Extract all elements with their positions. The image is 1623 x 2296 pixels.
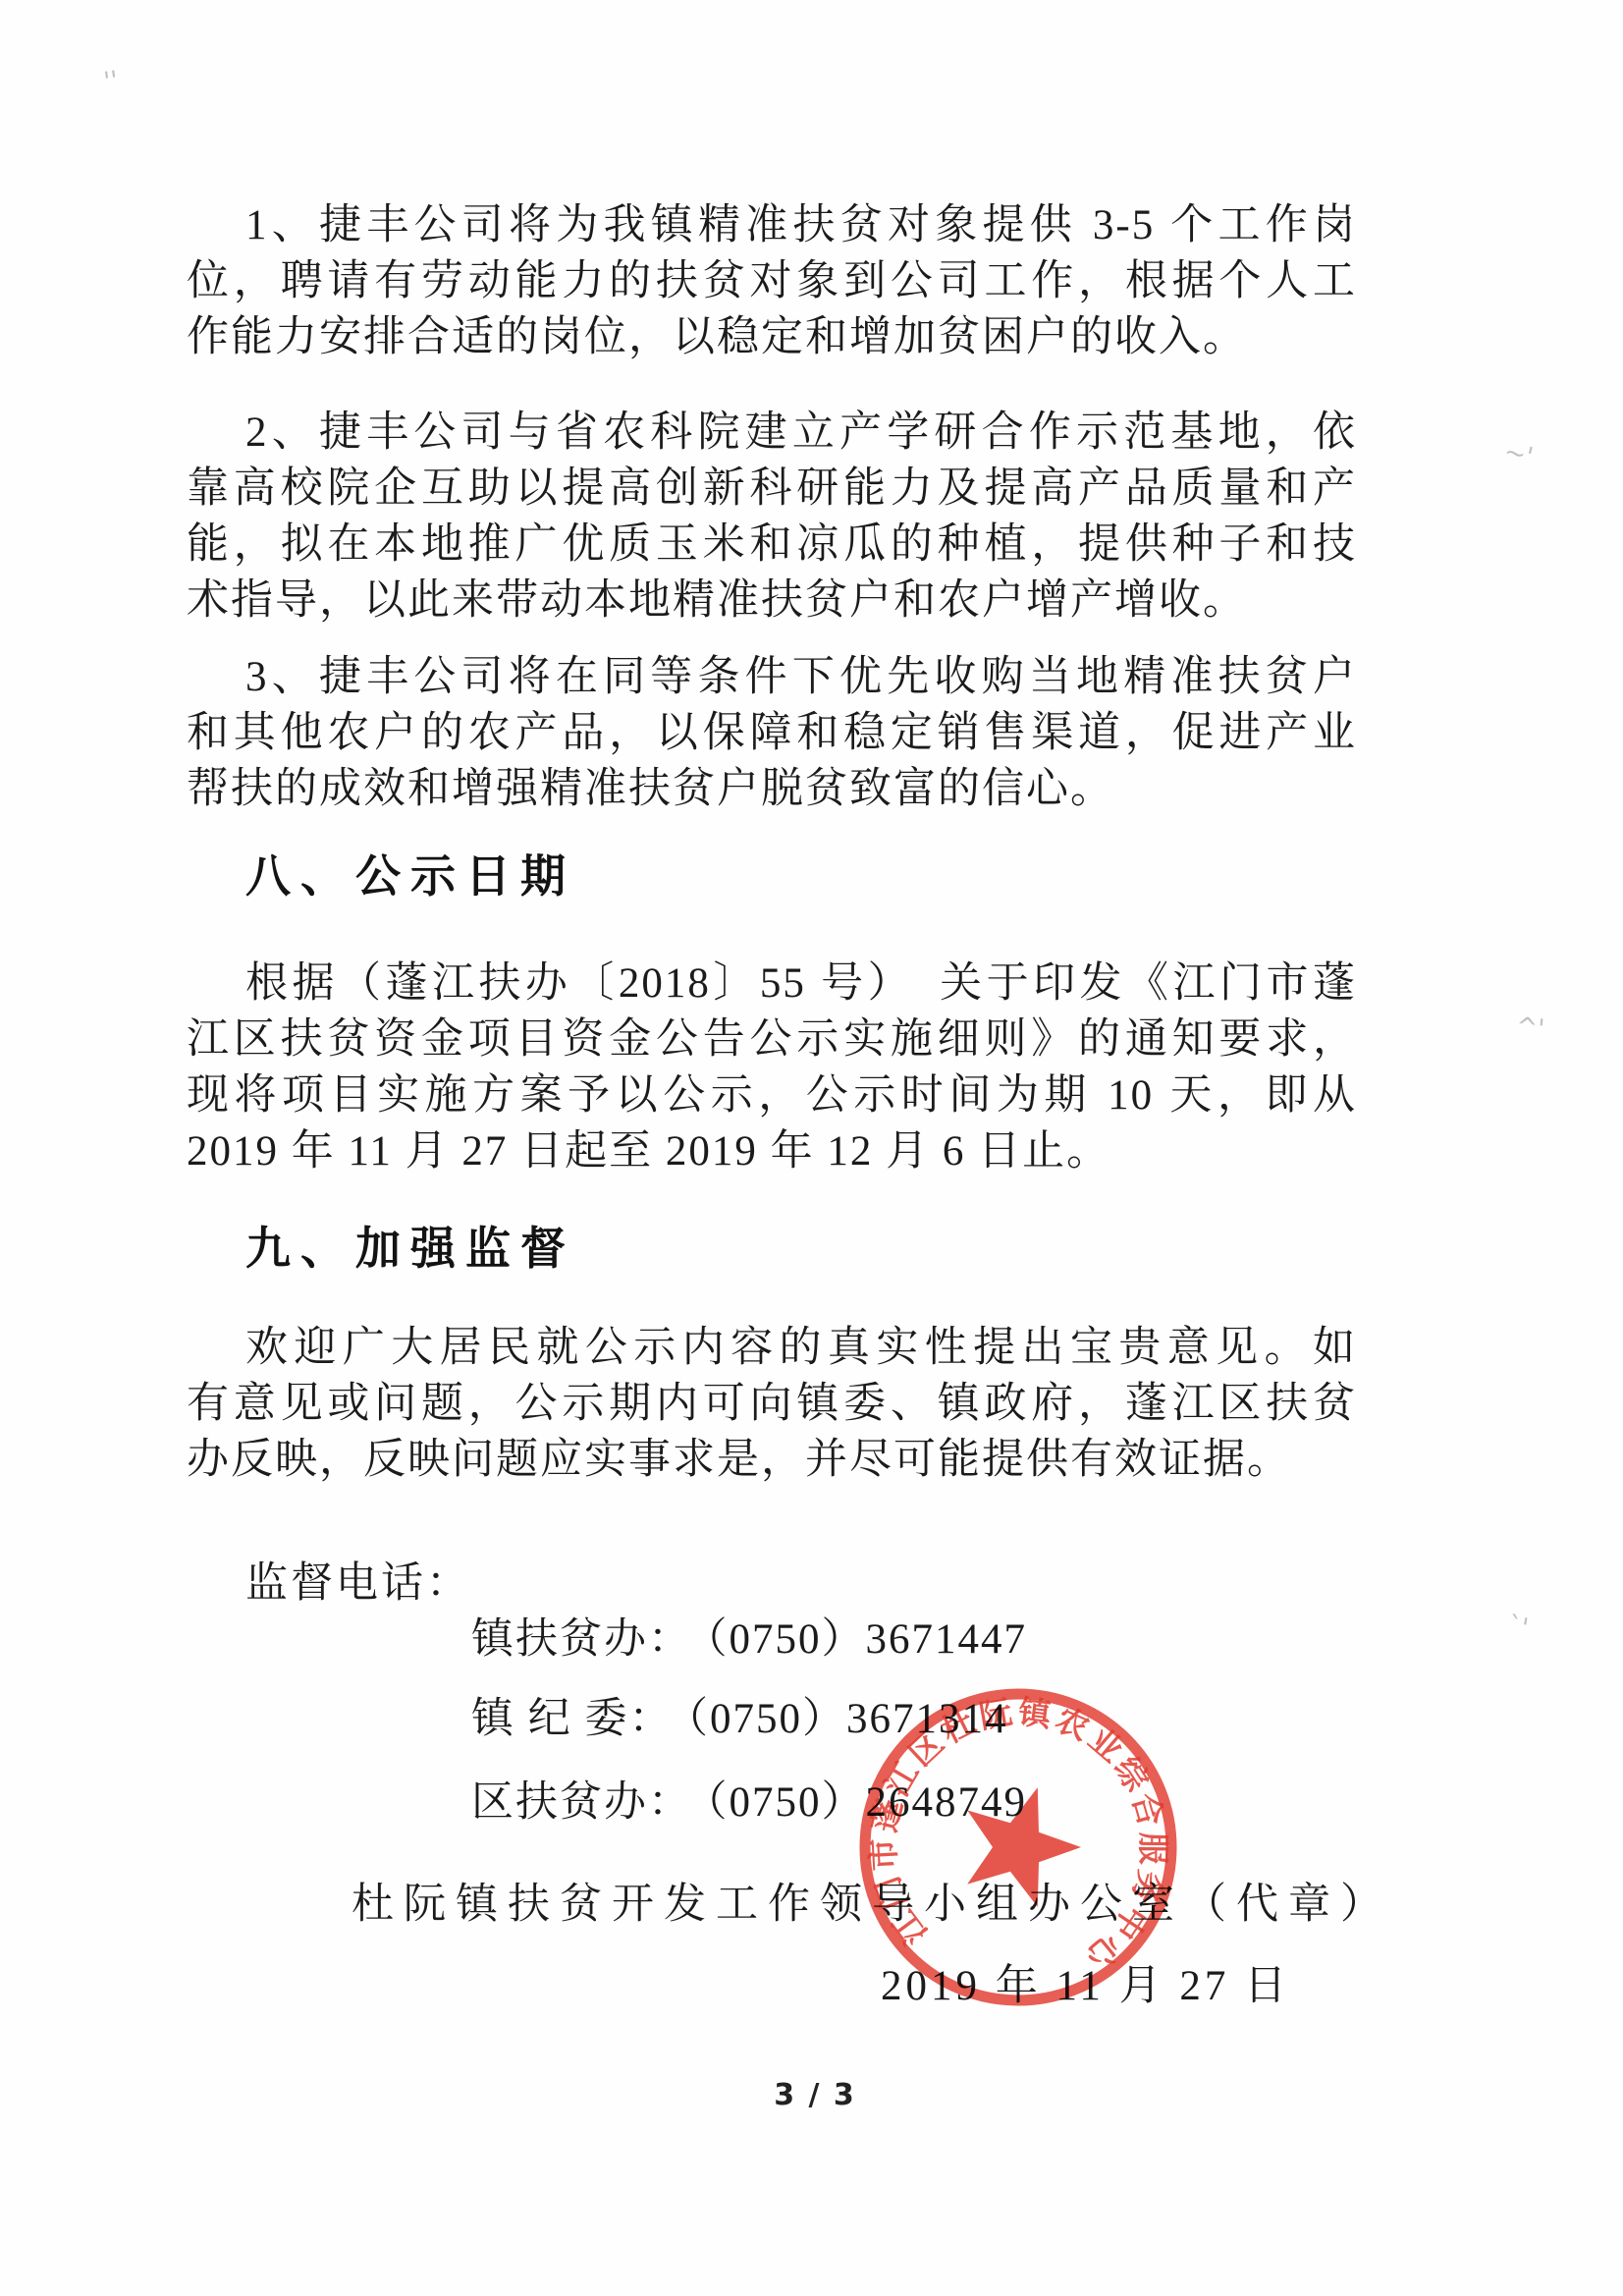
- phone-number: （0750）2648749: [706, 1779, 1027, 1826]
- text-line: 现将项目实施方案予以公示，公示时间为期 10 天，即从: [187, 1067, 1357, 1123]
- text-line: 办反映，反映问题应实事求是，并尽可能提供有效证据。: [187, 1432, 1357, 1488]
- text-line: 2、捷丰公司与省农科院建立产学研合作示范基地，依: [187, 405, 1357, 461]
- text-line: 靠高校院企互助以提高创新科研能力及提高产品质量和产: [187, 461, 1357, 517]
- section-heading-8: 八、公示日期: [245, 841, 575, 905]
- scan-artifact: `': [1506, 1611, 1531, 1643]
- phone-number: （0750）3671447: [706, 1616, 1027, 1663]
- phone-row-district-poverty-office: 区扶贫办：（0750）2648749: [471, 1769, 1027, 1829]
- text-line: 术指导，以此来带动本地精准扶贫户和农户增产增收。: [187, 573, 1357, 629]
- text-line: 作能力安排合适的岗位，以稳定和增加贫困户的收入。: [187, 309, 1357, 365]
- phone-number: （0750）3671314: [687, 1696, 1008, 1742]
- paragraph-2: 2、捷丰公司与省农科院建立产学研合作示范基地，依 靠高校院企互助以提高创新科研能…: [187, 405, 1357, 629]
- text-line: 帮扶的成效和增强精准扶贫户脱贫致富的信心。: [187, 761, 1357, 817]
- phone-label: 镇扶贫办：: [471, 1616, 692, 1663]
- text-line: 能，拟在本地推广优质玉米和凉瓜的种植，提供种子和技: [187, 517, 1357, 573]
- text-line: 2019 年 11 月 27 日起至 2019 年 12 月 6 日止。: [187, 1123, 1357, 1179]
- text-line: 根据（蓬江扶办〔2018〕55 号） 关于印发《江门市蓬: [187, 956, 1357, 1011]
- supervision-phone-label: 监督电话：: [245, 1550, 471, 1610]
- text-line: 有意见或问题，公示期内可向镇委、镇政府，蓬江区扶贫: [187, 1376, 1357, 1432]
- scan-artifact: '': [102, 66, 120, 97]
- paragraph-4: 根据（蓬江扶办〔2018〕55 号） 关于印发《江门市蓬 江区扶贫资金项目资金公…: [187, 956, 1357, 1179]
- text-line: 江区扶贫资金项目资金公告公示实施细则》的通知要求，: [187, 1011, 1357, 1067]
- phone-label: 区扶贫办：: [471, 1779, 692, 1826]
- phone-row-town-poverty-office: 镇扶贫办：（0750）3671447: [471, 1606, 1027, 1666]
- phone-row-town-discipline-committee: 镇 纪 委：（0750）3671314: [471, 1685, 1008, 1745]
- scan-artifact: ~': [1501, 437, 1536, 472]
- text-line: 位，聘请有劳动能力的扶贫对象到公司工作，根据个人工: [187, 253, 1357, 309]
- paragraph-3: 3、捷丰公司将在同等条件下优先收购当地精准扶贫户 和其他农户的农产品，以保障和稳…: [187, 649, 1357, 817]
- phone-label: 镇 纪 委：: [471, 1696, 674, 1742]
- document-date: 2019 年 11 月 27 日: [881, 1952, 1290, 2012]
- section-heading-9: 九、加强监督: [245, 1213, 575, 1278]
- text-line: 3、捷丰公司将在同等条件下优先收购当地精准扶贫户: [187, 649, 1357, 705]
- paragraph-1: 1、捷丰公司将为我镇精准扶贫对象提供 3-5 个工作岗 位，聘请有劳动能力的扶贫…: [187, 197, 1357, 365]
- text-line: 欢迎广大居民就公示内容的真实性提出宝贵意见。如: [187, 1320, 1357, 1376]
- page-number: 3 / 3: [756, 2078, 874, 2112]
- scan-artifact: ^': [1515, 1012, 1546, 1045]
- text-line: 和其他农户的农产品，以保障和稳定销售渠道，促进产业: [187, 705, 1357, 761]
- signature-line: 杜阮镇扶贫开发工作领导小组办公室（代章）: [352, 1871, 1392, 1931]
- paragraph-5: 欢迎广大居民就公示内容的真实性提出宝贵意见。如 有意见或问题，公示期内可向镇委、…: [187, 1320, 1357, 1488]
- document-page: '' ~' ^' `' 1、捷丰公司将为我镇精准扶贫对象提供 3-5 个工作岗 …: [0, 0, 1623, 2296]
- text-line: 1、捷丰公司将为我镇精准扶贫对象提供 3-5 个工作岗: [187, 197, 1357, 253]
